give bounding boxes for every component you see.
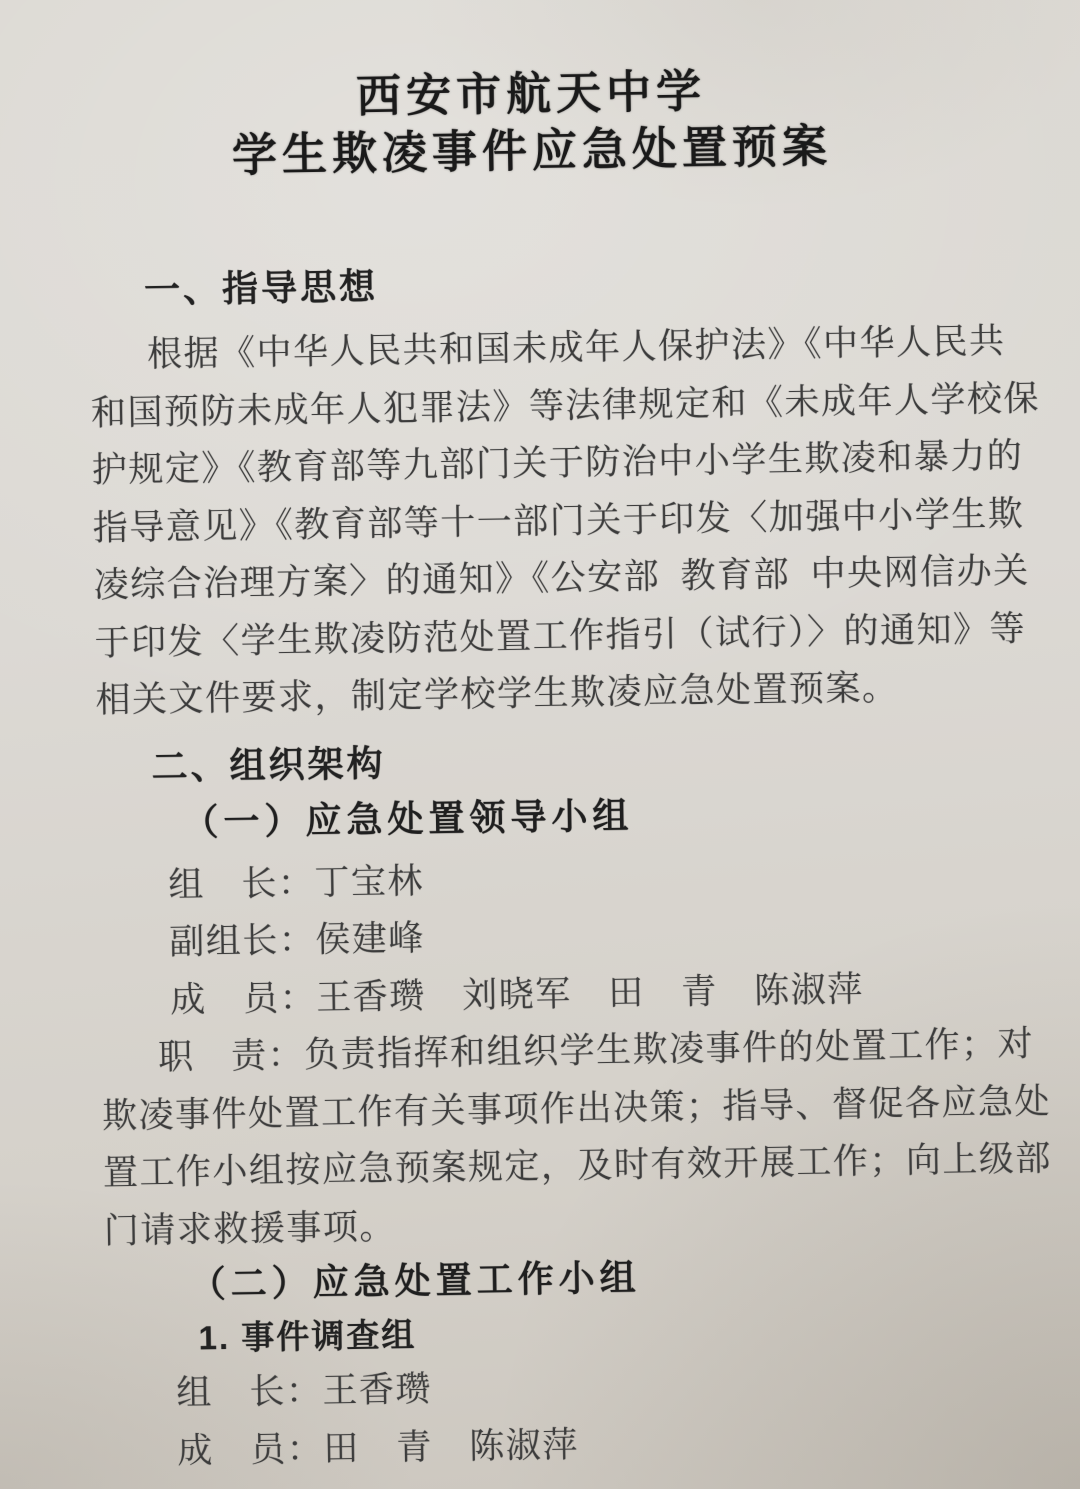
section-heading-guiding: 一、指导思想 — [144, 254, 1075, 313]
document-content: 西安市航天中学 学生欺凌事件应急处置预案 一、指导思想 根据《中华人民共和国未成… — [0, 0, 1080, 1482]
document-page: 西安市航天中学 学生欺凌事件应急处置预案 一、指导思想 根据《中华人民共和国未成… — [0, 0, 1080, 1489]
section-heading-organization: 二、组织架构 — [151, 730, 1080, 789]
subsection-heading-leadership-group: （一）应急处置领导小组 — [182, 782, 1080, 848]
